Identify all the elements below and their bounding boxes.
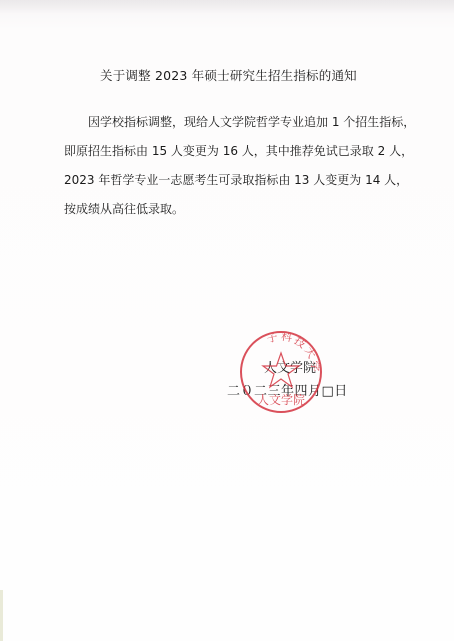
seal-ring-text: 子科技大学 — [265, 329, 322, 374]
notice-title: 关于调整 2023 年硕士研究生招生指标的通知 — [100, 66, 357, 84]
notice-body: 因学校指标调整，现给人文学院哲学专业追加 1 个招生指标， 即原招生指标由 15… — [64, 108, 424, 224]
scan-edge — [0, 590, 3, 641]
seal-star-icon — [263, 353, 299, 387]
body-line: 即原招生指标由 15 人变更为 16 人，其中推荐免试已录取 2 人， — [64, 137, 424, 166]
seal-icon: 子科技大学 人文学院 — [238, 329, 324, 415]
body-line: 2023 年哲学专业一志愿考生可录取指标由 13 人变更为 14 人， — [64, 166, 424, 195]
scanned-page: 关于调整 2023 年硕士研究生招生指标的通知 因学校指标调整，现给人文学院哲学… — [0, 0, 454, 641]
official-seal: 子科技大学 人文学院 — [238, 329, 324, 415]
body-line: 按成绩从高往低录取。 — [64, 195, 424, 224]
body-line: 因学校指标调整，现给人文学院哲学专业追加 1 个招生指标， — [64, 108, 424, 137]
scan-shadow — [0, 0, 454, 14]
svg-text:子科技大学: 子科技大学 — [265, 329, 322, 374]
seal-inner-text: 人文学院 — [257, 393, 305, 407]
